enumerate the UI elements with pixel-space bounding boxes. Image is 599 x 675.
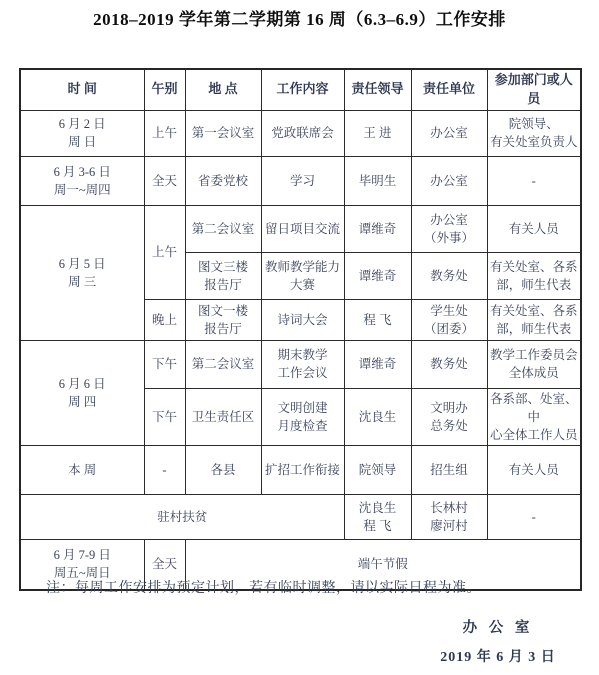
cell-r9-participants: -	[487, 495, 581, 540]
cell-r2-leader: 毕明生	[344, 156, 411, 205]
cell-r6-unit: 教务处	[411, 340, 487, 388]
cell-r5-participants: 有关处室、各系 部，师生代表	[487, 299, 581, 340]
cell-r7-participants: 各系部、处室、中 心全体工作人员	[487, 388, 581, 445]
cell-r5-place: 图文一楼 报告厅	[185, 299, 261, 340]
cell-r6-session: 下午	[144, 340, 185, 388]
cell-r2-time: 6 月 3-6 日 周一~周四	[20, 156, 144, 205]
signature-date: 2019 年 6 月 3 日	[413, 646, 583, 666]
cell-r4-leader: 谭维奇	[344, 252, 411, 299]
header-leader: 责任领导	[344, 69, 411, 110]
cell-r3-time: 6 月 5 日 周 三	[20, 205, 144, 340]
page-title: 2018–2019 学年第二学期第 16 周（6.3–6.9）工作安排	[0, 5, 599, 30]
cell-r9-unit: 长林村 廖河村	[411, 495, 487, 540]
cell-r6-participants: 教学工作委员会 全体成员	[487, 340, 581, 388]
cell-r4-place: 图文三楼 报告厅	[185, 252, 261, 299]
cell-r7-session: 下午	[144, 388, 185, 445]
cell-r4-participants: 有关处室、各系 部，师生代表	[487, 252, 581, 299]
header-content: 工作内容	[261, 69, 344, 110]
cell-r3-content: 留日项目交流	[261, 205, 344, 252]
cell-r1-content: 党政联席会	[261, 110, 344, 156]
table-row: 6 月 6 日 周 四 下午 第二会议室 期末教学 工作会议 谭维奇 教务处 教…	[20, 340, 581, 388]
cell-r2-content: 学习	[261, 156, 344, 205]
cell-r8-session: -	[144, 446, 185, 495]
cell-r6-leader: 谭维奇	[344, 340, 411, 388]
cell-r9-merged: 驻村扶贫	[20, 495, 344, 540]
cell-r3-session: 上午	[144, 205, 185, 299]
cell-r5-leader: 程 飞	[344, 299, 411, 340]
cell-r2-place: 省委党校	[185, 156, 261, 205]
cell-r7-leader: 沈良生	[344, 388, 411, 445]
cell-r6-content: 期末教学 工作会议	[261, 340, 344, 388]
table-row: 本 周 - 各县 扩招工作衔接 院领导 招生组 有关人员	[20, 446, 581, 495]
cell-r8-participants: 有关人员	[487, 446, 581, 495]
footnote: 注：每周工作安排为预定计划，若有临时调整，请以实际日程为准。	[46, 577, 586, 597]
header-row: 时 间 午别 地 点 工作内容 责任领导 责任单位 参加部门或人员	[20, 69, 581, 110]
cell-r2-unit: 办公室	[411, 156, 487, 205]
cell-r8-time: 本 周	[20, 446, 144, 495]
cell-r7-place: 卫生责任区	[185, 388, 261, 445]
cell-r7-content: 文明创建 月度检查	[261, 388, 344, 445]
cell-r4-content: 教师教学能力 大赛	[261, 252, 344, 299]
schedule-table: 时 间 午别 地 点 工作内容 责任领导 责任单位 参加部门或人员 6 月 2 …	[19, 68, 582, 591]
cell-r3-place: 第二会议室	[185, 205, 261, 252]
cell-r1-time: 6 月 2 日 周 日	[20, 110, 144, 156]
cell-r5-session: 晚上	[144, 299, 185, 340]
cell-r8-leader: 院领导	[344, 446, 411, 495]
cell-r9-leader: 沈良生 程 飞	[344, 495, 411, 540]
header-time: 时 间	[20, 69, 144, 110]
cell-r1-leader: 王 进	[344, 110, 411, 156]
table-row: 驻村扶贫 沈良生 程 飞 长林村 廖河村 -	[20, 495, 581, 540]
header-unit: 责任单位	[411, 69, 487, 110]
table-row: 6 月 3-6 日 周一~周四 全天 省委党校 学习 毕明生 办公室 -	[20, 156, 581, 205]
cell-r5-content: 诗词大会	[261, 299, 344, 340]
header-participants: 参加部门或人员	[487, 69, 581, 110]
table-row: 6 月 5 日 周 三 上午 第二会议室 留日项目交流 谭维奇 办公室 （外事）…	[20, 205, 581, 252]
signature-block: 办 公 室 2019 年 6 月 3 日	[413, 616, 583, 666]
cell-r8-place: 各县	[185, 446, 261, 495]
cell-r1-participants: 院领导、 有关处室负责人	[487, 110, 581, 156]
cell-r2-session: 全天	[144, 156, 185, 205]
cell-r1-place: 第一会议室	[185, 110, 261, 156]
cell-r5-unit: 学生处 （团委）	[411, 299, 487, 340]
cell-r1-unit: 办公室	[411, 110, 487, 156]
header-session: 午别	[144, 69, 185, 110]
cell-r6-place: 第二会议室	[185, 340, 261, 388]
cell-r1-session: 上午	[144, 110, 185, 156]
header-place: 地 点	[185, 69, 261, 110]
signature-office: 办 公 室	[413, 616, 583, 637]
cell-r4-unit: 教务处	[411, 252, 487, 299]
cell-r7-unit: 文明办 总务处	[411, 388, 487, 445]
cell-r8-unit: 招生组	[411, 446, 487, 495]
table-row: 6 月 2 日 周 日 上午 第一会议室 党政联席会 王 进 办公室 院领导、 …	[20, 110, 581, 156]
cell-r3-unit: 办公室 （外事）	[411, 205, 487, 252]
cell-r8-content: 扩招工作衔接	[261, 446, 344, 495]
cell-r3-participants: 有关人员	[487, 205, 581, 252]
cell-r2-participants: -	[487, 156, 581, 205]
cell-r6-time: 6 月 6 日 周 四	[20, 340, 144, 445]
cell-r3-leader: 谭维奇	[344, 205, 411, 252]
